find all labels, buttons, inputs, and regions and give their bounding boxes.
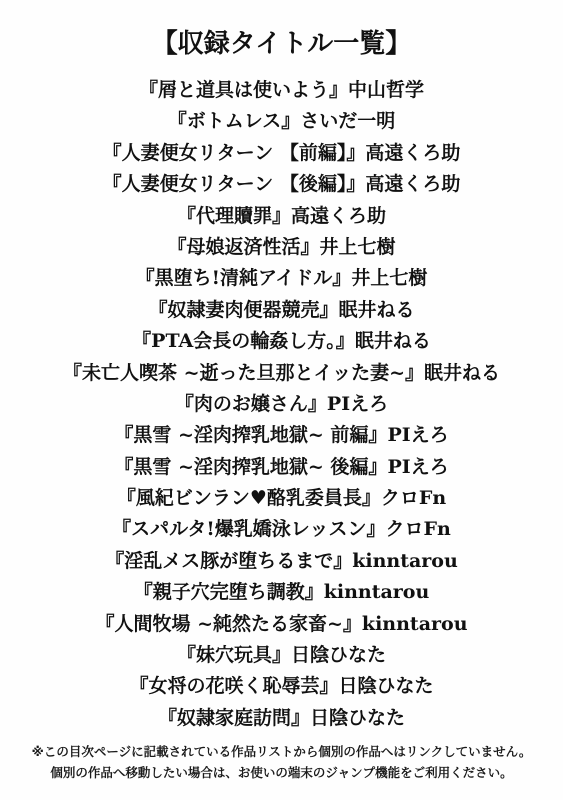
toc-entry-author: 高遠くろ助	[365, 142, 460, 164]
toc-entry-title: 『妹穴玩具』	[177, 644, 291, 666]
toc-entry-title: 『母娘返済性活』	[167, 236, 319, 258]
toc-entry-author: 日陰ひなた	[310, 707, 405, 729]
toc-entry: 『ボトムレス』さいだ一明	[0, 106, 563, 137]
toc-entry: 『淫乱メス豚が堕ちるまで』kinntarou	[0, 546, 563, 577]
toc-entry-title: 『女将の花咲く恥辱芸』	[129, 675, 338, 697]
toc-entry-author: 眠井ねる	[339, 299, 415, 321]
toc-entry-author: クロFn	[386, 518, 451, 540]
toc-list: 『屑と道具は使いよう』中山哲学『ボトムレス』さいだ一明『人妻便女リターン 【前編…	[0, 75, 563, 734]
toc-entry: 『奴隷家庭訪問』日陰ひなた	[0, 703, 563, 734]
toc-entry: 『人妻便女リターン 【前編】』高遠くろ助	[0, 138, 563, 169]
toc-page: 【収録タイトル一覧】 『屑と道具は使いよう』中山哲学『ボトムレス』さいだ一明『人…	[0, 0, 563, 800]
toc-entry: 『黒堕ち!清純アイドル』井上七樹	[0, 263, 563, 294]
toc-entry: 『人間牧場 ~純然たる家畜~』kinntarou	[0, 609, 563, 640]
toc-entry: 『代理贖罪』高遠くろ助	[0, 201, 563, 232]
toc-entry: 『奴隷妻肉便器競売』眠井ねる	[0, 295, 563, 326]
toc-entry: 『PTA会長の輪姦し方。』眠井ねる	[0, 326, 563, 357]
toc-entry-author: kinntarou	[362, 613, 468, 635]
toc-entry-author: 眠井ねる	[424, 362, 500, 384]
toc-entry: 『黒雪 ~淫肉搾乳地獄~ 前編』PIえろ	[0, 420, 563, 451]
toc-entry-title: 『PTA会長の輪姦し方。』	[132, 330, 355, 352]
toc-entry: 『肉のお嬢さん』PIえろ	[0, 389, 563, 420]
toc-entry-title: 『ボトムレス』	[168, 110, 300, 132]
toc-entry-title: 『未亡人喫茶 ~逝った旦那とイッた妻~』	[63, 362, 424, 384]
toc-entry-author: さいだ一明	[300, 110, 395, 132]
toc-entry-author: kinntarou	[324, 581, 430, 603]
toc-entry: 『屑と道具は使いよう』中山哲学	[0, 75, 563, 106]
toc-entry: 『スパルタ!爆乳嬌泳レッスン』クロFn	[0, 514, 563, 545]
toc-entry-title: 『奴隷家庭訪問』	[158, 707, 310, 729]
toc-entry-author: 中山哲学	[348, 79, 424, 101]
toc-entry: 『女将の花咲く恥辱芸』日陰ひなた	[0, 671, 563, 702]
toc-entry: 『人妻便女リターン 【後編】』高遠くろ助	[0, 169, 563, 200]
toc-entry-author: 日陰ひなた	[291, 644, 386, 666]
footnote-line-1: ※この目次ページに記載されている作品リストから個別の作品へはリンクしていません。	[0, 741, 563, 762]
toc-entry-title: 『スパルタ!爆乳嬌泳レッスン』	[112, 518, 385, 540]
toc-entry-title: 『黒堕ち!清純アイドル』	[136, 267, 352, 289]
toc-entry-author: PIえろ	[387, 424, 448, 446]
toc-entry-title: 『親子穴完堕ち調教』	[134, 581, 324, 603]
footnote: ※この目次ページに記載されている作品リストから個別の作品へはリンクしていません。…	[0, 741, 563, 783]
toc-entry-author: クロFn	[381, 487, 446, 509]
toc-entry-title: 『人妻便女リターン 【後編】』	[103, 173, 366, 195]
toc-entry-title: 『黒雪 ~淫肉搾乳地獄~ 前編』	[114, 424, 387, 446]
toc-entry-author: 日陰ひなた	[339, 675, 434, 697]
page-title: 【収録タイトル一覧】	[0, 29, 563, 59]
toc-entry-title: 『人妻便女リターン 【前編】』	[103, 142, 366, 164]
toc-entry-title: 『風紀ビンラン♥酪乳委員長』	[117, 487, 381, 509]
toc-entry-title: 『奴隷妻肉便器競売』	[148, 299, 338, 321]
toc-entry: 『黒雪 ~淫肉搾乳地獄~ 後編』PIえろ	[0, 452, 563, 483]
toc-entry-author: 井上七樹	[351, 267, 427, 289]
toc-entry-title: 『人間牧場 ~純然たる家畜~』	[95, 613, 361, 635]
toc-entry: 『親子穴完堕ち調教』kinntarou	[0, 577, 563, 608]
toc-entry-author: PIえろ	[387, 456, 448, 478]
toc-entry-title: 『代理贖罪』	[177, 205, 291, 227]
toc-entry: 『妹穴玩具』日陰ひなた	[0, 640, 563, 671]
toc-entry: 『風紀ビンラン♥酪乳委員長』クロFn	[0, 483, 563, 514]
toc-entry-author: 井上七樹	[320, 236, 396, 258]
toc-entry-title: 『屑と道具は使いよう』	[139, 79, 348, 101]
toc-entry-author: 高遠くろ助	[291, 205, 386, 227]
toc-entry-author: 眠井ねる	[355, 330, 431, 352]
toc-entry-title: 『淫乱メス豚が堕ちるまで』	[105, 550, 352, 572]
toc-entry-author: PIえろ	[327, 393, 388, 415]
toc-entry: 『未亡人喫茶 ~逝った旦那とイッた妻~』眠井ねる	[0, 358, 563, 389]
toc-entry-title: 『肉のお嬢さん』	[175, 393, 327, 415]
toc-entry-title: 『黒雪 ~淫肉搾乳地獄~ 後編』	[114, 456, 387, 478]
toc-entry-author: 高遠くろ助	[365, 173, 460, 195]
toc-entry-author: kinntarou	[352, 550, 458, 572]
toc-entry: 『母娘返済性活』井上七樹	[0, 232, 563, 263]
footnote-line-2: 個別の作品へ移動したい場合は、お使いの端末のジャンプ機能をご利用ください。	[0, 762, 563, 783]
